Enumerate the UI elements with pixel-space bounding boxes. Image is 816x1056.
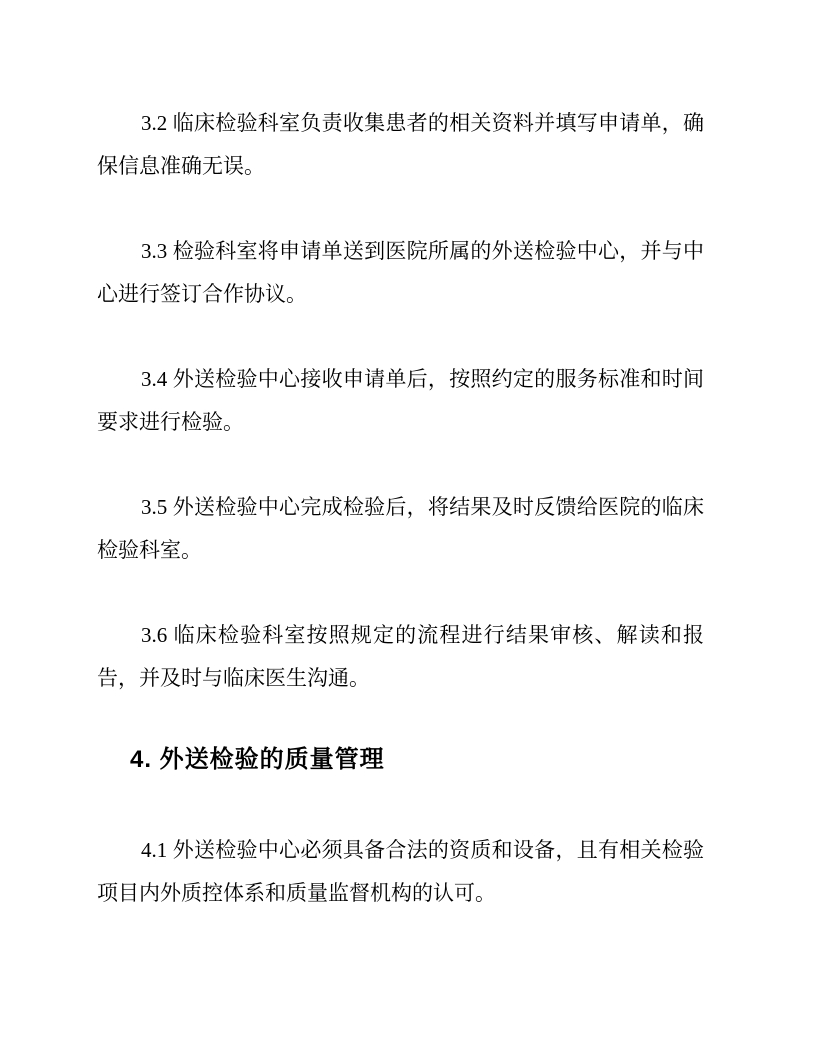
document-page: 3.2 临床检验科室负责收集患者的相关资料并填写申请单，确保信息准确无误。 3.…	[0, 0, 816, 1056]
paragraph-3-5: 3.5 外送检验中心完成检验后，将结果及时反馈给医院的临床检验科室。	[97, 486, 704, 571]
paragraph-3-2: 3.2 临床检验科室负责收集患者的相关资料并填写申请单，确保信息准确无误。	[97, 102, 704, 187]
paragraph-3-6: 3.6 临床检验科室按照规定的流程进行结果审核、解读和报告，并及时与临床医生沟通…	[97, 614, 704, 699]
paragraph-4-1: 4.1 外送检验中心必须具备合法的资质和设备，且有相关检验项目内外质控体系和质量…	[97, 829, 704, 914]
section-heading-quality-management: 4. 外送检验的质量管理	[130, 742, 704, 778]
document-body: 3.2 临床检验科室负责收集患者的相关资料并填写申请单，确保信息准确无误。 3.…	[97, 102, 704, 914]
paragraph-3-3: 3.3 检验科室将申请单送到医院所属的外送检验中心，并与中心进行签订合作协议。	[97, 230, 704, 315]
paragraph-3-4: 3.4 外送检验中心接收申请单后，按照约定的服务标准和时间要求进行检验。	[97, 358, 704, 443]
